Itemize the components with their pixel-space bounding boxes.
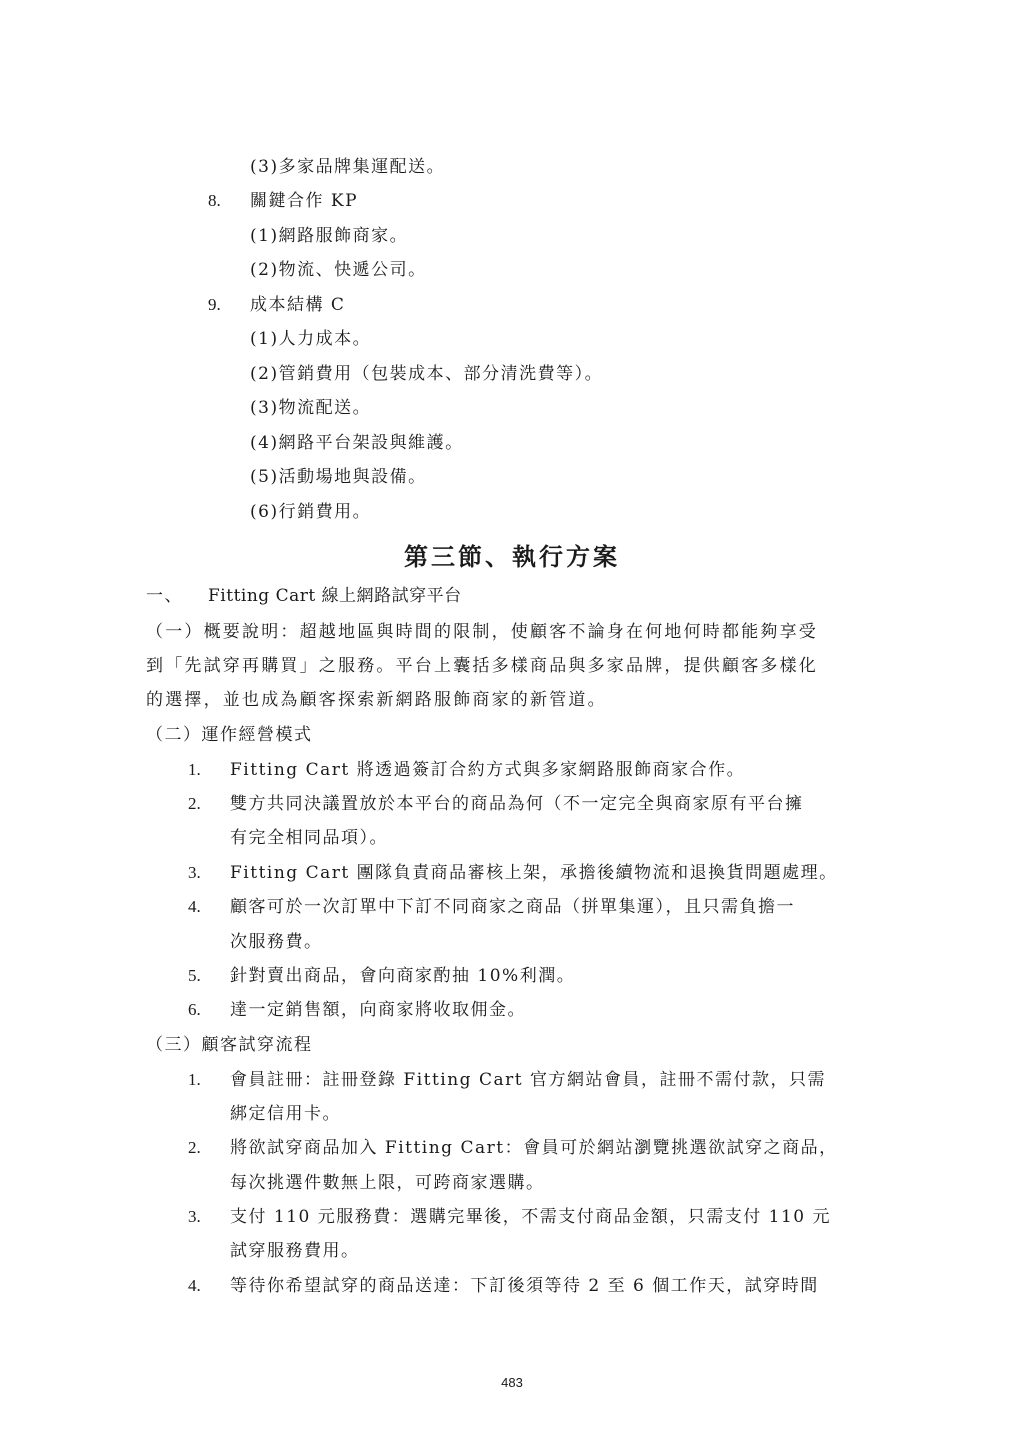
list-number: 6. bbox=[188, 998, 201, 1022]
list-item: Fitting Cart 團隊負責商品審核上架，承擔後續物流和退換貨問題處理。 bbox=[230, 861, 838, 885]
list-item: (6)行銷費用。 bbox=[250, 500, 371, 524]
list-number: 3. bbox=[188, 1205, 201, 1229]
list-number: 4. bbox=[188, 895, 201, 919]
operation-heading: （二）運作經營模式 bbox=[146, 723, 313, 747]
list-item-cont: 試穿服務費用。 bbox=[230, 1239, 360, 1263]
list-item: 雙方共同決議置放於本平台的商品為何（不一定完全與商家原有平台擁 bbox=[230, 792, 804, 816]
list-item: (2)物流、快遞公司。 bbox=[250, 258, 427, 282]
overview-line: 的選擇，並也成為顧客探索新網路服飾商家的新管道。 bbox=[146, 688, 607, 712]
list-number: 8. bbox=[208, 189, 221, 213]
section-title: 第三節、執行方案 bbox=[0, 537, 1024, 572]
list-item: (4)網路平台架設與維護。 bbox=[250, 431, 464, 455]
list-item: (2)管銷費用（包裝成本、部分清洗費等）。 bbox=[250, 362, 603, 386]
list-item-cont: 每次挑選件數無上限，可跨商家選購。 bbox=[230, 1171, 545, 1195]
list-item: (1)網路服飾商家。 bbox=[250, 224, 408, 248]
list-item: 支付 110 元服務費：選購完畢後，不需支付商品金額，只需支付 110 元 bbox=[230, 1205, 831, 1229]
list-item: 顧客可於一次訂單中下訂不同商家之商品（拼單集運），且只需負擔一 bbox=[230, 895, 795, 919]
list-item: 將欲試穿商品加入 Fitting Cart：會員可於網站瀏覽挑選欲試穿之商品， bbox=[230, 1136, 838, 1160]
list-number: 3. bbox=[188, 861, 201, 885]
list-item: 成本結構 C bbox=[250, 293, 345, 317]
list-item: 等待你希望試穿的商品送達：下訂後須等待 2 至 6 個工作天，試穿時間 bbox=[230, 1274, 819, 1298]
list-item: (5)活動場地與設備。 bbox=[250, 465, 427, 489]
process-heading: （三）顧客試穿流程 bbox=[146, 1033, 313, 1057]
list-number: 9. bbox=[208, 293, 221, 317]
list-item-cont: 次服務費。 bbox=[230, 930, 323, 954]
list-number: 5. bbox=[188, 964, 201, 988]
list-item: (3)物流配送。 bbox=[250, 396, 371, 420]
list-item-cont: 綁定信用卡。 bbox=[230, 1102, 341, 1126]
list-item: 針對賣出商品，會向商家酌抽 10%利潤。 bbox=[230, 964, 575, 988]
list-item: 會員註冊：註冊登錄 Fitting Cart 官方網站會員，註冊不需付款，只需 bbox=[230, 1068, 826, 1092]
heading-one: Fitting Cart 線上網路試穿平台 bbox=[208, 584, 462, 608]
list-item: 達一定銷售額，向商家將收取佣金。 bbox=[230, 998, 526, 1022]
list-number: 2. bbox=[188, 792, 201, 816]
list-item: Fitting Cart 將透過簽訂合約方式與多家網路服飾商家合作。 bbox=[230, 758, 745, 782]
list-item: 關鍵合作 KP bbox=[250, 189, 358, 213]
list-item: (3)多家品牌集運配送。 bbox=[250, 155, 445, 179]
overview-line: （一）概要說明：超越地區與時間的限制，使顧客不論身在何地何時都能夠享受 bbox=[146, 620, 818, 644]
list-number: 1. bbox=[188, 758, 201, 782]
list-number: 4. bbox=[188, 1274, 201, 1298]
list-item: (1)人力成本。 bbox=[250, 327, 371, 351]
heading-marker: 一、 bbox=[146, 584, 183, 608]
page-number: 483 bbox=[0, 1375, 1024, 1390]
list-item-cont: 有完全相同品項）。 bbox=[230, 826, 388, 850]
list-number: 2. bbox=[188, 1136, 201, 1160]
overview-line: 到「先試穿再購買」之服務。平台上囊括多樣商品與多家品牌，提供顧客多樣化 bbox=[146, 654, 818, 678]
list-number: 1. bbox=[188, 1068, 201, 1092]
